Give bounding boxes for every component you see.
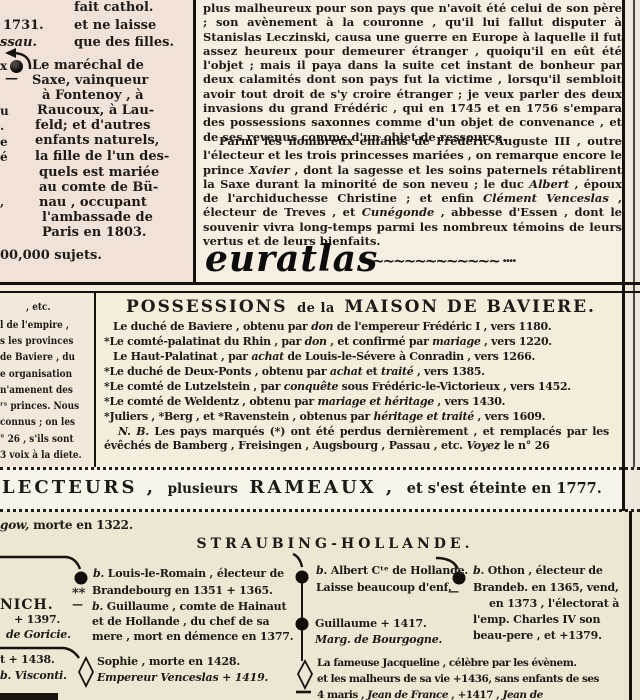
- genealogy-entry-line: 4 maris , Jean de France , +1417 , Jean …: [317, 690, 543, 700]
- cut-letter-fragment: é: [0, 151, 8, 164]
- genealogy-entry-line: beau-pere , et +1379.: [473, 630, 602, 642]
- possessions-title-word: POSSESSIONS: [126, 297, 288, 317]
- cut-column-line: s les provinces: [0, 336, 73, 347]
- cut-letter-fragment: e: [0, 136, 8, 149]
- connector-line: [293, 554, 302, 567]
- right-border-line: [622, 0, 625, 511]
- genealogy-entry-line: Sophie , morte en 1428.: [97, 656, 240, 668]
- cut-column-line: l de l'empire ,: [0, 320, 69, 331]
- cut-column-line: n'amenent des: [0, 385, 73, 396]
- marginal-note-line: au comte de Bü-: [39, 181, 158, 195]
- marriage-dash: —: [5, 72, 18, 86]
- marriage-diamond-icon: [79, 658, 93, 686]
- marginal-note-line: l'ambassade de: [42, 211, 153, 225]
- outer-edge-line: [633, 0, 635, 467]
- column-divider-possessions: [94, 293, 96, 467]
- marriage-dash: —: [448, 586, 459, 598]
- section-rule-1: [0, 282, 640, 285]
- dotted-separator: [0, 509, 640, 512]
- possessions-item: *Le duché de Deux-Ponts , obtenu par ach…: [104, 366, 485, 378]
- possessions-item: Le duché de Baviere , obtenu par don de …: [104, 321, 551, 333]
- marginal-note-line: nau , occupant: [39, 196, 147, 210]
- marriage-diamond-icon: [298, 661, 312, 688]
- nota-bene: N. B. Les pays marqués (*) ont été perdu…: [104, 425, 609, 452]
- cut-letter-fragment: .: [0, 120, 4, 133]
- column-divider-top: [193, 0, 196, 282]
- possessions-item: Le Haut-Palatinat , par achat de Louis-l…: [104, 351, 535, 363]
- possessions-item: *Juliers , *Berg , et *Ravenstein , obte…: [104, 411, 545, 423]
- margravine-note: gow, morte en 1322.: [0, 519, 133, 532]
- marginal-note-line: enfants naturels,: [35, 134, 159, 148]
- scanned-atlas-page: fait cathol. 1731. et ne laisse ssau. qu…: [0, 0, 640, 700]
- genealogy-node-dot: [296, 618, 309, 631]
- possessions-title-connector: de la: [297, 301, 335, 316]
- squiggle-mark: ~~~~~~~~~~~~ ····: [372, 252, 515, 270]
- genealogy-entry-line: Marg. de Bourgogne.: [315, 634, 442, 646]
- cut-column-line: connus ; on les: [0, 417, 75, 428]
- cut-column-line: e organisation: [0, 369, 72, 380]
- genealogy-entry-line: Laisse beaucoup d'enf.: [316, 582, 451, 594]
- cut-letter-fragment: ,: [0, 196, 4, 209]
- cut-column-line: 3 voix à la diete.: [0, 450, 82, 461]
- body-paragraph: plus malheureux pour son pays que n'avoi…: [203, 1, 622, 144]
- marginal-note-line: Le maréchal de: [32, 59, 144, 73]
- marginal-note-line: feld; et d'autres: [35, 119, 150, 133]
- possessions-item: *Le comté de Lutzelstein , par conquête …: [104, 381, 571, 393]
- genealogy-entry-line: en 1373 , l'électorat à: [489, 598, 619, 610]
- genealogy-entry-line: l'emp. Charles IV son: [473, 614, 600, 626]
- genealogy-entry-line: Empereur Venceslas + 1419.: [97, 672, 268, 684]
- marginal-date: 1731.: [3, 19, 44, 33]
- genealogy-entry-line: b. Albert Cᵗᵉ de Hollande.: [316, 565, 468, 577]
- cut-column-line: NICH.: [0, 598, 54, 613]
- marriage-dash: —: [72, 599, 83, 611]
- genealogy-entry-line: Brandeb. en 1365, vend,: [473, 582, 619, 594]
- body-paragraph: Parmi les nombreux enfants de Frédéric-A…: [203, 134, 622, 248]
- cut-column-line: + 1397.: [14, 614, 60, 626]
- possessions-item: *Le comté-palatinat du Rhin , par don , …: [104, 336, 552, 348]
- cut-column-line: ° 26 , s'ils sont: [0, 434, 74, 445]
- dotted-separator: [0, 467, 640, 470]
- cut-column-line: de Goricie.: [6, 629, 71, 641]
- genealogy-entry-line: Guillaume + 1417.: [315, 618, 427, 630]
- genealogy-entry-line: b. Guillaume , comte de Hainaut: [92, 601, 286, 613]
- possessions-title-word: MAISON DE BAVIERE.: [344, 297, 596, 317]
- marginal-note-line: à Fontenoy , à: [42, 89, 144, 103]
- marginal-note-line: Raucoux, à Lau-: [37, 104, 154, 118]
- marginal-note-line: 00,000 sujets.: [0, 249, 102, 263]
- cut-column-line: t + 1438.: [0, 654, 55, 666]
- electors-word: LECTEURS ,: [2, 477, 156, 498]
- cut-column-line: b. Visconti.: [0, 670, 67, 682]
- marginal-note-line: et ne laisse: [74, 19, 156, 33]
- possessions-item: *Le comté de Weldentz , obtenu par maria…: [104, 396, 505, 408]
- electors-band-line: LECTEURS , plusieurs RAMEAUX , et s'est …: [2, 477, 602, 498]
- genealogy-entry-line: et les malheurs de sa vie +1436, sans en…: [317, 674, 599, 685]
- possessions-title: POSSESSIONS de la MAISON DE BAVIERE.: [100, 297, 622, 317]
- euratlas-watermark: euratlas: [205, 238, 378, 280]
- marginal-note-line: fait cathol.: [74, 1, 153, 15]
- marginal-note-line: Saxe, vainqueur: [32, 74, 148, 88]
- electors-ending: et s'est éteinte en 1777.: [407, 480, 602, 497]
- marginal-note-line: quels est mariée: [39, 166, 159, 180]
- connector-line: [0, 557, 80, 569]
- rameaux-word: RAMEAUX ,: [249, 477, 395, 498]
- electors-connector: plusieurs: [168, 481, 238, 497]
- genealogy-entry-line: b. Othon , électeur de: [473, 565, 603, 577]
- genealogy-node-dot: [75, 572, 88, 585]
- marginal-note-line: Paris en 1803.: [42, 226, 146, 240]
- section-rule-2: [0, 291, 640, 293]
- genealogy-entry-line: mere , mort en démence en 1377.: [92, 631, 293, 643]
- marginal-note-line: que des filles.: [74, 36, 174, 50]
- marginal-note-line: la fille de l'un des-: [35, 150, 169, 164]
- genealogy-entry-line: b. Louis-le-Romain , électeur de: [93, 568, 284, 580]
- cut-column-line: de Baviere , du: [0, 352, 75, 363]
- cut-letter-fragment: u: [0, 105, 9, 118]
- genealogy-entry-line: La fameuse Jacqueline , célèbre par les …: [317, 658, 576, 669]
- genealogy-entry-line: et de Hollande , du chef de sa: [92, 616, 269, 628]
- genealogy-entry-line: Brandebourg en 1351 + 1365.: [92, 585, 273, 597]
- cut-column-line: , etc.: [26, 302, 51, 313]
- cut-column-line: ʳˢ princes. Nous: [0, 401, 79, 412]
